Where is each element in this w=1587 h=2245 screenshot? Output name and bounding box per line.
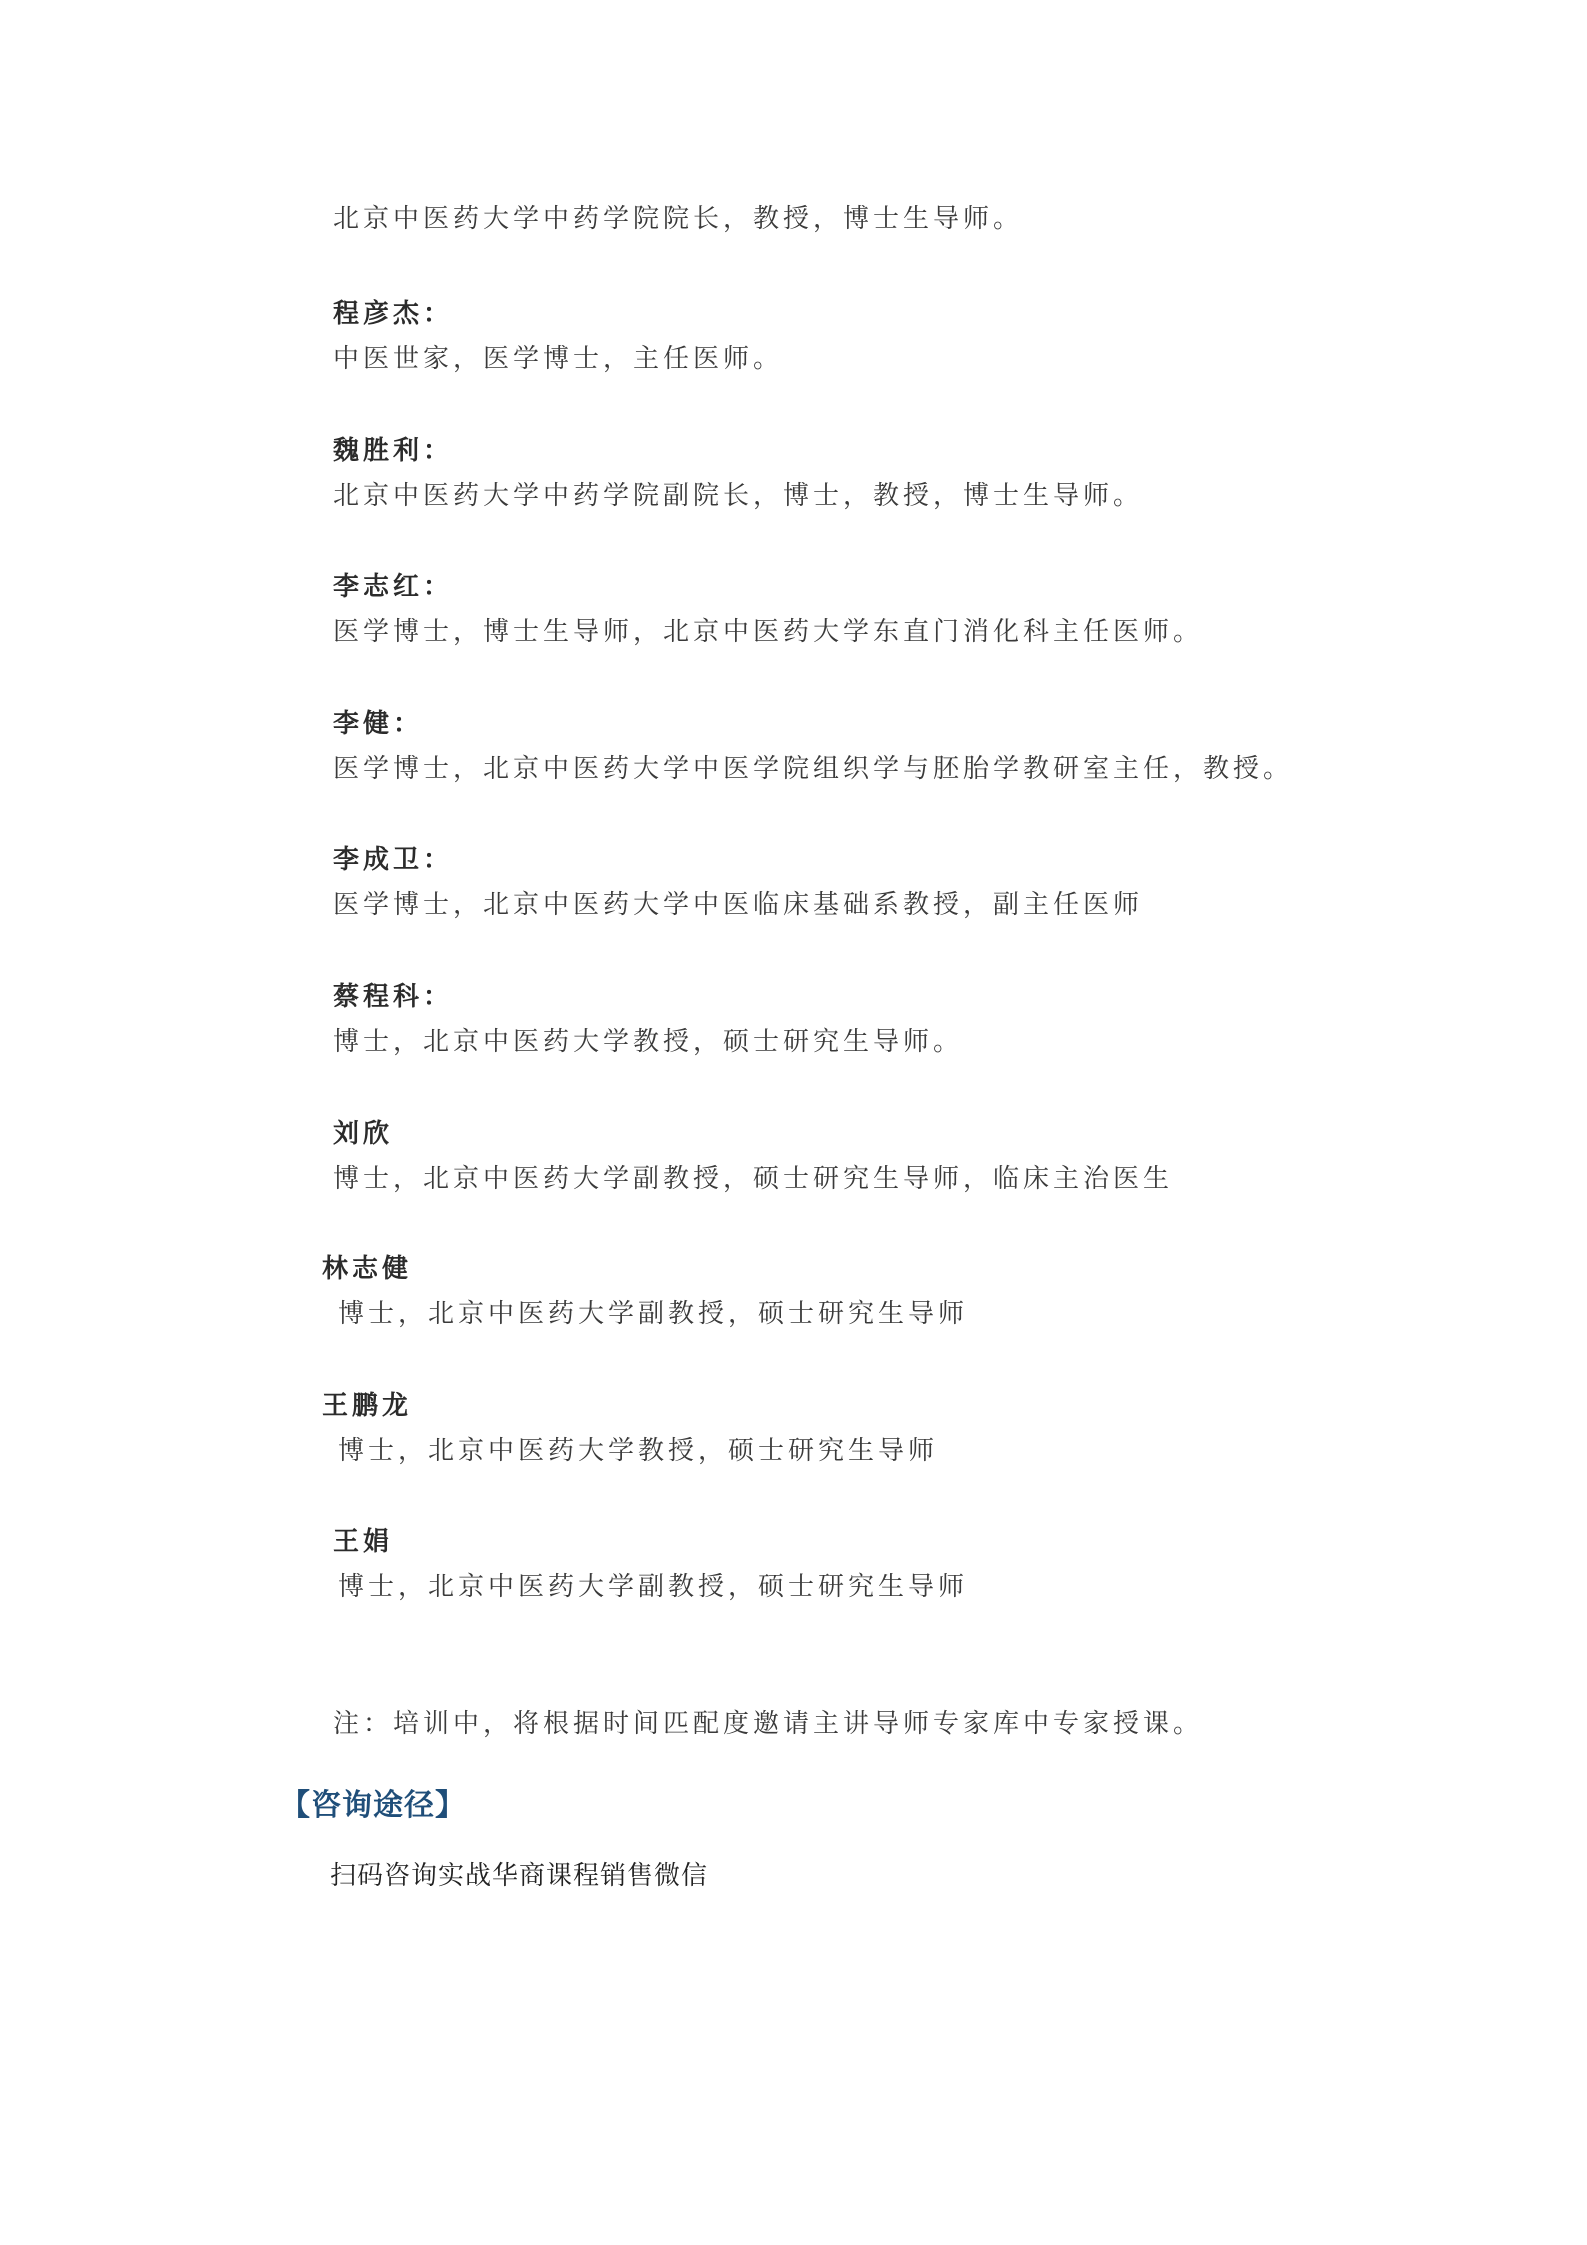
expert-description: 博士，北京中医药大学教授，硕士研究生导师。 — [333, 1026, 963, 1058]
expert-description: 北京中医药大学中药学院副院长，博士，教授，博士生导师。 — [333, 480, 1143, 512]
contact-heading: 【咨询途径】 — [280, 1787, 466, 1825]
contact-text: 扫码咨询实战华商课程销售微信 — [330, 1860, 708, 1892]
expert-name: 林志健 — [322, 1253, 412, 1285]
expert-name: 王娟 — [333, 1526, 393, 1558]
note-text: 注：培训中，将根据时间匹配度邀请主讲导师专家库中专家授课。 — [333, 1708, 1203, 1740]
expert-name: 程彦杰： — [333, 298, 453, 330]
expert-description: 医学博士，博士生导师，北京中医药大学东直门消化科主任医师。 — [333, 616, 1203, 648]
expert-name: 王鹏龙 — [322, 1390, 412, 1422]
expert-description: 中医世家，医学博士，主任医师。 — [333, 343, 783, 375]
expert-name: 蔡程科： — [333, 981, 453, 1013]
expert-description: 博士，北京中医药大学副教授，硕士研究生导师 — [338, 1298, 968, 1330]
expert-name: 李志红： — [333, 571, 453, 603]
expert-description: 博士，北京中医药大学教授，硕士研究生导师 — [338, 1435, 938, 1467]
expert-description: 医学博士，北京中医药大学中医学院组织学与胚胎学教研室主任，教授。 — [333, 753, 1293, 785]
expert-description: 博士，北京中医药大学副教授，硕士研究生导师，临床主治医生 — [333, 1163, 1173, 1195]
expert-description: 医学博士，北京中医药大学中医临床基础系教授，副主任医师 — [333, 889, 1143, 921]
expert-name: 李成卫： — [333, 844, 453, 876]
expert-description: 博士，北京中医药大学副教授，硕士研究生导师 — [338, 1571, 968, 1603]
expert-name: 李健： — [333, 708, 423, 740]
expert-name: 刘欣 — [333, 1118, 393, 1150]
expert-name: 魏胜利： — [333, 435, 453, 467]
intro-line: 北京中医药大学中药学院院长，教授，博士生导师。 — [333, 203, 1023, 235]
